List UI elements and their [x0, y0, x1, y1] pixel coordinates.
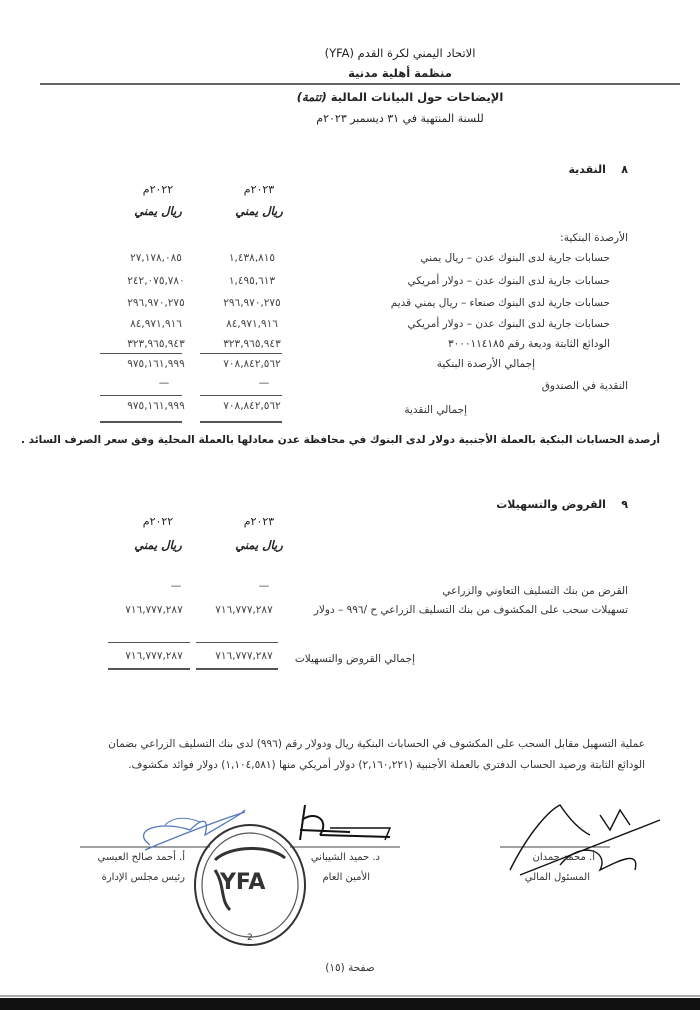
- loan-row-label: تسهيلات سحب على المكشوف من بنك التسليف ا…: [314, 604, 628, 616]
- cash-row-2023: ٢٩٦,٩٧٠,٢٧٥: [206, 297, 298, 309]
- rule: [100, 395, 182, 396]
- cash-row-2023: ٨٤,٩٧١,٩١٦: [206, 318, 298, 330]
- col-2023-year: ٢٠٢٣م: [214, 183, 304, 196]
- col-2023-year: ٢٠٢٣م: [214, 515, 304, 528]
- col-2023-currency: ريال يمني: [214, 204, 304, 218]
- cash-total-2023: ٧٠٨,٨٤٢,٥٦٢: [206, 400, 298, 412]
- loans-section-title: ٩ القروض والتسهيلات: [496, 498, 628, 511]
- section-title: القروض والتسهيلات: [496, 498, 606, 511]
- loan-row-label: القرض من بنك التسليف التعاوني والزراعي: [442, 585, 628, 597]
- signatory-title: رئيس مجلس الإدارة: [102, 872, 185, 883]
- signatory-title: الأمين العام: [322, 872, 370, 883]
- bank-total-2023: ٧٠٨,٨٤٢,٥٦٢: [206, 358, 298, 370]
- loan-row-2023: ٧١٦,٧٧٧,٢٨٧: [198, 604, 290, 616]
- cash-total-label: إجمالي النقدية: [404, 404, 467, 416]
- bank-total-label: إجمالي الأرصدة البنكية: [437, 358, 535, 370]
- org-type: منظمة أهلية مدنية: [250, 66, 550, 80]
- cash-total-2022: ٩٧٥,١٦١,٩٩٩: [110, 400, 202, 412]
- col-2022-currency: ريال يمني: [113, 538, 203, 552]
- signatory-title: المسئول المالي: [525, 872, 590, 883]
- title-suffix: (تتمة): [297, 90, 327, 104]
- page-number: صفحة (١٥): [300, 962, 400, 974]
- loans-note: عملية التسهيل مقابل السحب على المكشوف في…: [70, 734, 645, 776]
- title-text: الإيضاحات حول البيانات المالية: [331, 90, 504, 104]
- loans-total-2023: ٧١٦,٧٧٧,٢٨٧: [198, 650, 290, 662]
- rule: [100, 353, 182, 354]
- cash-row-label: حسابات جارية لدى البنوك عدن – ريال يمني: [420, 252, 610, 264]
- col-2023-currency: ريال يمني: [214, 538, 304, 552]
- rule: [108, 642, 190, 643]
- col-2022-currency: ريال يمني: [113, 204, 203, 218]
- cash-box-2022: —: [118, 377, 210, 389]
- double-rule: [108, 668, 190, 670]
- bottom-bar: [0, 998, 700, 1010]
- rule: [200, 353, 282, 354]
- stamp-number: 2: [247, 933, 253, 943]
- cash-row-label: حسابات جارية لدى البنوك عدن – دولار أمري…: [407, 275, 610, 287]
- org-name: الاتحاد اليمني لكرة القدم (YFA): [250, 46, 550, 60]
- cash-note: أرصدة الحسابات البنكية بالعملة الأجنبية …: [21, 434, 660, 446]
- period: للسنة المنتهية في ٣١ ديسمبر ٢٠٢٣م: [250, 112, 550, 125]
- rule: [200, 395, 282, 396]
- section-number: ٨: [621, 163, 628, 176]
- cash-row-label: الودائع الثابتة وديعة رقم ٣٠٠٠١١٤١٨٥: [448, 338, 610, 350]
- loans-note-line1: عملية التسهيل مقابل السحب على المكشوف في…: [70, 734, 645, 755]
- cash-row-2022: ٢٩٦,٩٧٠,٢٧٥: [110, 297, 202, 309]
- loans-total-label: إجمالي القروض والتسهيلات: [295, 653, 415, 665]
- cash-section-title: ٨ النقدية: [568, 163, 628, 176]
- loan-row-2022: ٧١٦,٧٧٧,٢٨٧: [108, 604, 200, 616]
- cash-row-2022: ٢٧,١٧٨,٠٨٥: [110, 252, 202, 264]
- section-title: النقدية: [568, 163, 605, 176]
- cash-row-2023: ٣٢٣,٩٦٥,٩٤٣: [206, 338, 298, 350]
- double-rule: [100, 421, 182, 423]
- double-rule: [196, 668, 278, 670]
- bank-balances-heading: الأرصدة البنكية:: [560, 232, 628, 244]
- cash-row-2023: ١,٤٣٨,٨١٥: [206, 252, 298, 264]
- signatory-name: أ. محمد حمدان: [533, 852, 596, 863]
- col-2022-year: ٢٠٢٢م: [113, 183, 203, 196]
- signatory-name: أ. أحمد صالح العيسي: [98, 852, 185, 863]
- loans-note-line2: الودائع الثابتة ورصيد الحساب الدفتري بال…: [70, 755, 645, 776]
- stamp-logo: YFA: [220, 870, 265, 895]
- bank-total-2022: ٩٧٥,١٦١,٩٩٩: [110, 358, 202, 370]
- cash-row-2022: ٣٢٣,٩٦٥,٩٤٣: [110, 338, 202, 350]
- double-rule: [200, 421, 282, 423]
- loan-row-2022: —: [130, 580, 222, 592]
- rule: [196, 642, 278, 643]
- cash-row-2022: ٢٤٢,٠٧٥,٧٨٠: [110, 275, 202, 287]
- footer-divider: [0, 995, 700, 997]
- header-divider: [40, 83, 680, 85]
- loans-total-2022: ٧١٦,٧٧٧,٢٨٧: [108, 650, 200, 662]
- cash-row-label: حسابات جارية لدى البنوك عدن – دولار أمري…: [407, 318, 610, 330]
- page-title: الإيضاحات حول البيانات المالية (تتمة): [250, 90, 550, 104]
- cash-box-label: النقدية في الصندوق: [542, 380, 628, 392]
- col-2022-year: ٢٠٢٢م: [113, 515, 203, 528]
- cash-box-2023: —: [218, 377, 310, 389]
- signatory-name: د. حميد الشيباني: [311, 852, 380, 863]
- loan-row-2023: —: [218, 580, 310, 592]
- cash-row-2023: ١,٤٩٥,٦١٣: [206, 275, 298, 287]
- section-number: ٩: [621, 498, 628, 511]
- cash-row-label: حسابات جارية لدى البنوك صنعاء – ريال يمن…: [391, 297, 610, 309]
- cash-row-2022: ٨٤,٩٧١,٩١٦: [110, 318, 202, 330]
